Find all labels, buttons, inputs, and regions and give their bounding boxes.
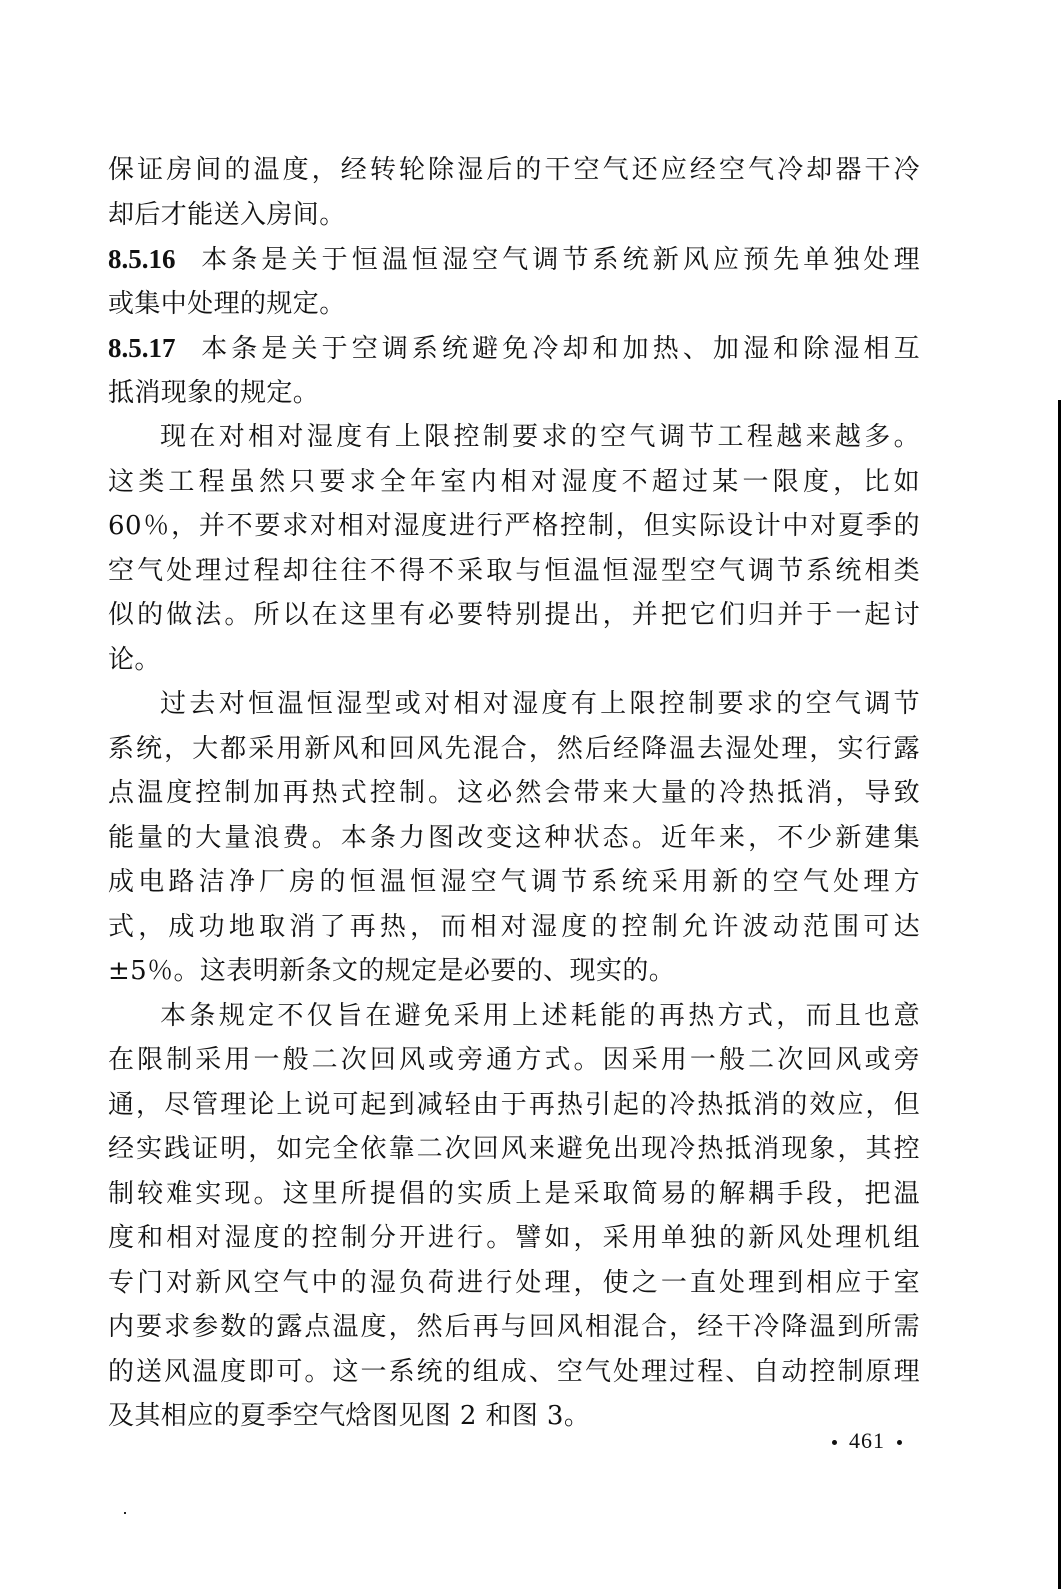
text-line: 空气处理过程却往往不得不采取与恒温恒湿型空气调节系统相类 — [108, 549, 920, 594]
line-text: 专门对新风空气中的湿负荷进行处理，使之一直处理到相应于室 — [108, 1268, 920, 1298]
text-line: 本条规定不仅旨在避免采用上述耗能的再热方式，而且也意 — [108, 994, 920, 1039]
line-text: 及其相应的夏季空气焓图见图 2 和图 3。 — [108, 1401, 590, 1431]
line-text: 成电路洁净厂房的恒温恒湿空气调节系统采用新的空气处理方 — [108, 867, 920, 897]
line-text: 似的做法。所以在这里有必要特别提出，并把它们归并于一起讨 — [108, 600, 920, 630]
text-line: 似的做法。所以在这里有必要特别提出，并把它们归并于一起讨 — [108, 593, 920, 638]
line-text: 系统，大都采用新风和回风先混合，然后经降温去湿处理，实行露 — [108, 734, 920, 764]
text-line: 的送风温度即可。这一系统的组成、空气处理过程、自动控制原理 — [108, 1350, 920, 1395]
text-line: 经实践证明，如完全依靠二次回风来避免出现冷热抵消现象，其控 — [108, 1127, 920, 1172]
line-text: 却后才能送入房间。 — [108, 200, 346, 230]
text-line: 这类工程虽然只要求全年室内相对湿度不超过某一限度，比如 — [108, 460, 920, 505]
text-line: 在限制采用一般二次回风或旁通方式。因采用一般二次回风或旁 — [108, 1038, 920, 1083]
text-line: 过去对恒温恒湿型或对相对湿度有上限控制要求的空气调节 — [108, 682, 920, 727]
text-line: 现在对相对湿度有上限控制要求的空气调节工程越来越多。 — [108, 415, 920, 460]
line-text: 现在对相对湿度有上限控制要求的空气调节工程越来越多。 — [160, 422, 920, 452]
text-line: 系统，大都采用新风和回风先混合，然后经降温去湿处理，实行露 — [108, 727, 920, 772]
line-text: 经实践证明，如完全依靠二次回风来避免出现冷热抵消现象，其控 — [108, 1134, 920, 1164]
line-text: ±5％。这表明新条文的规定是必要的、现实的。 — [108, 956, 675, 986]
clause-line: 8.5.16本条是关于恒温恒湿空气调节系统新风应预先单独处理 — [108, 237, 920, 282]
scan-speck — [124, 1512, 126, 1514]
line-text: 能量的大量浪费。本条力图改变这种状态。近年来，不少新建集 — [108, 823, 920, 853]
line-text: 本条是关于恒温恒湿空气调节系统新风应预先单独处理 — [198, 245, 921, 275]
text-line: 能量的大量浪费。本条力图改变这种状态。近年来，不少新建集 — [108, 816, 920, 861]
bullet-dot-right — [897, 1440, 902, 1445]
body-text: 保证房间的温度，经转轮除湿后的干空气还应经空气冷却器干冷却后才能送入房间。8.5… — [108, 148, 928, 1439]
text-line: 专门对新风空气中的湿负荷进行处理，使之一直处理到相应于室 — [108, 1261, 920, 1306]
page-number-footer: 461 — [820, 1428, 914, 1454]
line-text: 抵消现象的规定。 — [108, 378, 319, 408]
clause-line: 8.5.17本条是关于空调系统避免冷却和加热、加湿和除湿相互 — [108, 326, 920, 371]
text-line: 内要求参数的露点温度，然后再与回风相混合，经干冷降温到所需 — [108, 1305, 920, 1350]
page-number: 461 — [849, 1428, 885, 1453]
line-text: 的送风温度即可。这一系统的组成、空气处理过程、自动控制原理 — [108, 1357, 920, 1387]
line-text: 过去对恒温恒湿型或对相对湿度有上限控制要求的空气调节 — [160, 689, 920, 719]
clause-number: 8.5.17 — [108, 333, 176, 363]
text-line: 度和相对湿度的控制分开进行。譬如，采用单独的新风处理机组 — [108, 1216, 920, 1261]
line-text: 保证房间的温度，经转轮除湿后的干空气还应经空气冷却器干冷 — [108, 155, 920, 185]
clause-number: 8.5.16 — [108, 244, 176, 274]
line-text: 这类工程虽然只要求全年室内相对湿度不超过某一限度，比如 — [108, 467, 920, 497]
text-line: 60％，并不要求对相对湿度进行严格控制，但实际设计中对夏季的 — [108, 504, 920, 549]
bullet-dot-left — [832, 1440, 837, 1445]
text-line: 却后才能送入房间。 — [108, 193, 920, 238]
text-line: 制较难实现。这里所提倡的实质上是采取简易的解耦手段，把温 — [108, 1172, 920, 1217]
line-text: 本条是关于空调系统避免冷却和加热、加湿和除湿相互 — [198, 334, 921, 364]
document-page: 保证房间的温度，经转轮除湿后的干空气还应经空气冷却器干冷却后才能送入房间。8.5… — [0, 0, 1061, 1589]
text-line: 及其相应的夏季空气焓图见图 2 和图 3。 — [108, 1394, 920, 1439]
line-text: 度和相对湿度的控制分开进行。譬如，采用单独的新风处理机组 — [108, 1223, 920, 1253]
line-text: 点温度控制加再热式控制。这必然会带来大量的冷热抵消，导致 — [108, 778, 920, 808]
text-line: 式，成功地取消了再热，而相对湿度的控制允许波动范围可达 — [108, 905, 920, 950]
line-text: 在限制采用一般二次回风或旁通方式。因采用一般二次回风或旁 — [108, 1045, 920, 1075]
line-text: 本条规定不仅旨在避免采用上述耗能的再热方式，而且也意 — [160, 1001, 920, 1031]
text-line: 成电路洁净厂房的恒温恒湿空气调节系统采用新的空气处理方 — [108, 860, 920, 905]
text-line: 点温度控制加再热式控制。这必然会带来大量的冷热抵消，导致 — [108, 771, 920, 816]
line-text: 内要求参数的露点温度，然后再与回风相混合，经干冷降温到所需 — [108, 1312, 920, 1342]
line-text: 60％，并不要求对相对湿度进行严格控制，但实际设计中对夏季的 — [108, 511, 920, 541]
text-line: 通，尽管理论上说可起到减轻由于再热引起的冷热抵消的效应，但 — [108, 1083, 920, 1128]
text-line: 保证房间的温度，经转轮除湿后的干空气还应经空气冷却器干冷 — [108, 148, 920, 193]
line-text: 论。 — [108, 645, 161, 675]
line-text: 空气处理过程却往往不得不采取与恒温恒湿型空气调节系统相类 — [108, 556, 920, 586]
line-text: 通，尽管理论上说可起到减轻由于再热引起的冷热抵消的效应，但 — [108, 1090, 920, 1120]
text-line: 或集中处理的规定。 — [108, 282, 920, 327]
line-text: 或集中处理的规定。 — [108, 289, 346, 319]
line-text: 制较难实现。这里所提倡的实质上是采取简易的解耦手段，把温 — [108, 1179, 920, 1209]
text-line: 论。 — [108, 638, 920, 683]
text-line: 抵消现象的规定。 — [108, 371, 920, 416]
text-line: ±5％。这表明新条文的规定是必要的、现实的。 — [108, 949, 920, 994]
line-text: 式，成功地取消了再热，而相对湿度的控制允许波动范围可达 — [108, 912, 920, 942]
